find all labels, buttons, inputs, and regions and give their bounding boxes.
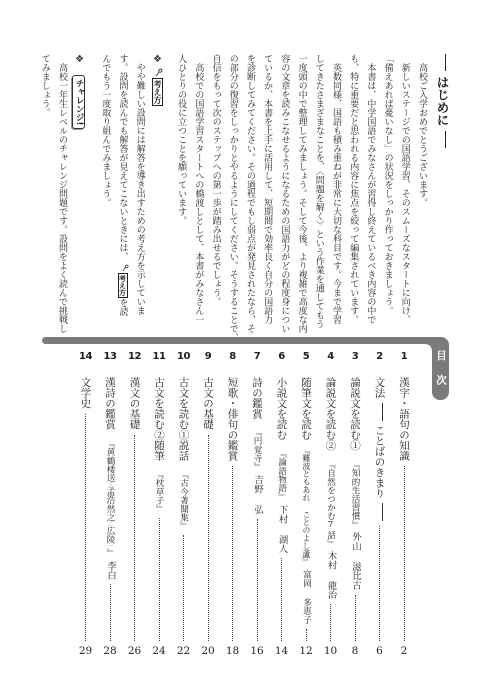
toc-entry: 13 漢詩の鑑賞『黄鶴楼送三孟浩然之二広陵一』李白 28 [98, 351, 123, 657]
toc-entry-page: 16 [250, 645, 263, 657]
kangaekata-label-box: 考え方 [152, 78, 163, 106]
kangaekata-inline-badge: 考え方 [118, 273, 128, 298]
section-line: やや難しい設問には解答を導き出すための考え方を示していま [131, 54, 148, 346]
dotted-leader [379, 526, 380, 642]
toc-entry-number: 3 [352, 351, 358, 363]
toc-entry-label: 古文を読む②随筆 [153, 377, 165, 461]
dotted-leader [281, 558, 282, 641]
toc-entry-author: 吉野 弘 [252, 475, 263, 514]
toc-entry-page: 22 [177, 645, 190, 657]
toc-entry-page: 6 [376, 645, 383, 657]
toc-entry-number: 14 [79, 351, 92, 363]
work-text: 『黄鶴楼送 [105, 439, 115, 482]
toc-entry: 8 短歌・俳句の鑑賞 18 [220, 351, 245, 657]
work-text: 広陵 [105, 526, 115, 543]
toc-entry-label: 古文の基礎 [202, 377, 214, 430]
toc-entry-number: 10 [177, 351, 190, 363]
intro-line: 本書は、中学国語でみなさんが習得し終えているべき内容の中で [361, 54, 378, 346]
toc-entry-label: 漢文の基礎 [129, 377, 141, 430]
diamond-bullet-icon: ❖ [152, 54, 163, 65]
work-text: 孟浩然之 [105, 487, 115, 521]
toc-entry-label: 漢字・語句の知識 [398, 377, 410, 461]
toc-entry-page: 26 [128, 645, 141, 657]
toc-entry-title: 漢字・語句の知識 [394, 377, 414, 461]
table-of-contents: 1 漢字・語句の知識 2 2 文法ことばのきまり 6 3 論説文を読む①『知的生… [73, 351, 417, 657]
toc-entry: 1 漢字・語句の知識 2 [392, 351, 417, 657]
challenge-badge: チャレンジ! [72, 75, 85, 129]
toc-entry-title: 論説文を読む②『自然をつかむ7話』木村 龍治 [321, 377, 341, 599]
dotted-leader [257, 519, 258, 641]
toc-entry-work: 『黄鶴楼送三孟浩然之二広陵一』 [105, 439, 115, 557]
section-heading-kangaekata: ❖考え方 [148, 54, 166, 346]
toc-entry-author: 李白 [105, 561, 116, 580]
toc-entry-author: 富岡 多恵子 [301, 570, 311, 624]
toc-entry-author: 木村 龍治 [326, 551, 337, 599]
toc-entry-author: 下村 湖人 [277, 505, 288, 553]
toc-entry: 7 詩の鑑賞『円覚寺』吉野 弘 16 [245, 351, 270, 657]
section-line: てみましょう。 [36, 54, 53, 346]
intro-section: はじめに 高校ご入学おめでとうございます。 新しいステージでの国語学習、そのスム… [36, 54, 454, 346]
dotted-leader [134, 435, 135, 642]
heading-dash [445, 54, 446, 71]
dotted-leader [355, 595, 356, 641]
section-heading-challenge: ❖チャレンジ! [70, 54, 88, 346]
toc-entry: 12 漢文の基礎 26 [122, 351, 147, 657]
section-line: んでもう一度取り組んでみましょう。 [96, 54, 113, 346]
section-line: す。設問を読んでも解答が見えてこないときには、考え方を読 [113, 54, 130, 346]
toc-entry-number: 6 [278, 351, 284, 363]
pen-icon [122, 264, 129, 272]
intro-line: 「備えあれば憂いなし」の状況をしっかり作っておきましょう。 [378, 54, 395, 346]
intro-line: 人ひとりの役に立つことを願っています。 [172, 54, 189, 346]
intro-line: 新しいステージでの国語学習、そのスムーズなスタートに向け、 [396, 54, 413, 346]
toc-entry-title: 古文を読む①説話『古今著聞集』 [174, 377, 194, 530]
toc-entry-title: 漢文の基礎 [125, 377, 145, 430]
dotted-leader [208, 435, 209, 642]
toc-entry-work: 『枕草子』 [154, 470, 164, 513]
pen-icon [155, 68, 163, 77]
toc-entry-number: 2 [376, 351, 382, 363]
toc-entry-label: 文学史 [80, 377, 92, 409]
toc-entry-number: 11 [153, 351, 166, 363]
toc-entry-number: 9 [205, 351, 211, 363]
toc-entry-page: 20 [201, 645, 214, 657]
intro-line: ているか、本書を上手に活用して、短期間で効率良く自分の国語力 [258, 54, 275, 346]
toc-entry-label: 文法 [374, 377, 386, 398]
toc-entry-page: 2 [401, 645, 408, 657]
dotted-leader [85, 414, 86, 642]
toc-entry-number: 8 [229, 351, 235, 363]
toc-entry-title: 小説文を読む『論語物語』下村 湖人 [272, 377, 292, 553]
intro-heading-text: はじめに [435, 76, 450, 126]
toc-entry: 2 文法ことばのきまり 6 [367, 351, 392, 657]
toc-entry-label: 随筆文を読む [300, 377, 312, 440]
toc-entry-work: 『知的生活習慣』 [350, 460, 360, 529]
toc-entry: 11 古文を読む②随筆『枕草子』 24 [147, 351, 172, 657]
toc-entry: 10 古文を読む①説話『古今著聞集』 22 [171, 351, 196, 657]
toc-entry-page: 12 [299, 645, 312, 657]
section-line-text: す。設問を読んでも解答が見えてこないときには、 [118, 54, 128, 261]
toc-entry: 4 論説文を読む②『自然をつかむ7話』木村 龍治 10 [318, 351, 343, 657]
toc-entry-title: 短歌・俳句の鑑賞 [223, 377, 243, 461]
toc-entry-page: 14 [275, 645, 288, 657]
toc-entry-label: 漢詩の鑑賞 [104, 377, 116, 430]
intro-heading: はじめに [430, 54, 454, 346]
toc-entry-work: 『自然をつかむ7話』 [326, 460, 336, 547]
toc-entry-title: 漢詩の鑑賞『黄鶴楼送三孟浩然之二広陵一』李白 [100, 377, 120, 579]
toc-entry-title: 詩の鑑賞『円覚寺』吉野 弘 [247, 377, 267, 514]
toc-entry-number: 5 [303, 351, 309, 363]
section-line: 高校一年生レベルのチャレンジ問題です。設問をよく読んで挑戦し [53, 54, 70, 346]
toc-entry-title: 随筆文を読む『難波ともあれ ことのよし蘆』富岡 多恵子 [296, 377, 316, 624]
intro-line: も、特に重要だと思われる内容に焦点を絞って編集されています。 [344, 54, 361, 346]
toc-entry: 14 文学史 29 [73, 351, 98, 657]
toc-entry: 5 随筆文を読む『難波ともあれ ことのよし蘆』富岡 多恵子 12 [294, 351, 319, 657]
intro-line: 一度頭の中で整理してみましょう。そして今後、より複雑で高度な内 [292, 54, 309, 346]
toc-entry-author: 外山 滋比古 [350, 532, 361, 590]
toc-entry-work: 『論語物語』 [277, 449, 287, 501]
toc-entry-page: 24 [152, 645, 165, 657]
intro-line: してきたさまざまなことを、〈問題を解く〉という作業を通してもう [310, 54, 327, 346]
toc-entry: 9 古文の基礎 20 [196, 351, 221, 657]
dotted-leader [183, 535, 184, 641]
dotted-leader [306, 629, 307, 641]
dotted-leader [110, 584, 111, 641]
intro-line: 自信をもって次のステップへの第一歩が踏み出せるでしょう。 [206, 54, 223, 346]
toc-entry-title: 文法ことばのきまり [370, 377, 390, 521]
intro-line: を診断してみてください。その過程でもし弱点が発見されたなら、そ [241, 54, 258, 346]
toc-entry-title: 古文を読む②随筆『枕草子』 [149, 377, 169, 513]
intro-line: 高校での国語学習スタートへの橋渡しとして、本書がみなさん一 [189, 54, 206, 346]
toc-entry-page: 28 [103, 645, 116, 657]
toc-entry-title: 論説文を読む①『知的生活習慣』外山 滋比古 [345, 377, 365, 590]
toc-entry-page: 18 [226, 645, 239, 657]
toc-entry-label: 論説文を読む① [349, 377, 361, 451]
toc-entry-label: 古文を読む①説話 [178, 377, 190, 461]
intro-line: の部分の復習をしっかりとやるようにしてください。そうすることで、 [224, 54, 241, 346]
dash-decoration [382, 503, 383, 521]
toc-entry: 6 小説文を読む『論語物語』下村 湖人 14 [269, 351, 294, 657]
toc-entry-label: 小説文を読む [276, 377, 288, 440]
toc-tab-label: 目次 [432, 350, 449, 399]
dotted-leader [404, 466, 405, 641]
toc-entry-number: 4 [327, 351, 333, 363]
toc-entry-title: 文学史 [76, 377, 96, 409]
dash-decoration [382, 403, 383, 421]
intro-line: 英数同様、国語も積み重ねが非常に大切な科目です。今まで学習 [327, 54, 344, 346]
toc-header-bar [42, 337, 434, 344]
toc-entry-page: 29 [79, 645, 92, 657]
dotted-leader [330, 604, 331, 641]
toc-entry-label: 論説文を読む② [325, 377, 337, 451]
toc-entry-work: 『難波ともあれ ことのよし蘆』 [302, 446, 311, 566]
toc-entry-page: 8 [352, 645, 359, 657]
heading-dash [445, 131, 446, 148]
dotted-leader [159, 518, 160, 641]
dotted-leader [232, 466, 233, 641]
toc-entry: 3 論説文を読む①『知的生活習慣』外山 滋比古 8 [343, 351, 368, 657]
toc-entry-work: 『円覚寺』 [252, 428, 262, 471]
intro-line: 容の文章を読みこなせるようになるための国語力がどの程度身につい [275, 54, 292, 346]
toc-entry-work: 『古今著聞集』 [179, 470, 189, 530]
toc-entry-subtitle: ことばのきまり [374, 425, 386, 499]
section-line-text: を読 [118, 298, 128, 316]
toc-entry-number: 12 [128, 351, 141, 363]
toc-entry-page: 10 [324, 645, 337, 657]
diamond-bullet-icon: ❖ [74, 54, 85, 65]
toc-entry-label: 詩の鑑賞 [251, 377, 263, 419]
toc-entry-number: 13 [104, 351, 117, 363]
toc-entry-number: 1 [401, 351, 407, 363]
toc-entry-label: 短歌・俳句の鑑賞 [227, 377, 239, 461]
intro-line: 高校ご入学おめでとうございます。 [413, 54, 430, 346]
toc-entry-title: 古文の基礎 [198, 377, 218, 430]
work-text: 』 [105, 548, 115, 557]
toc-entry-number: 7 [254, 351, 260, 363]
